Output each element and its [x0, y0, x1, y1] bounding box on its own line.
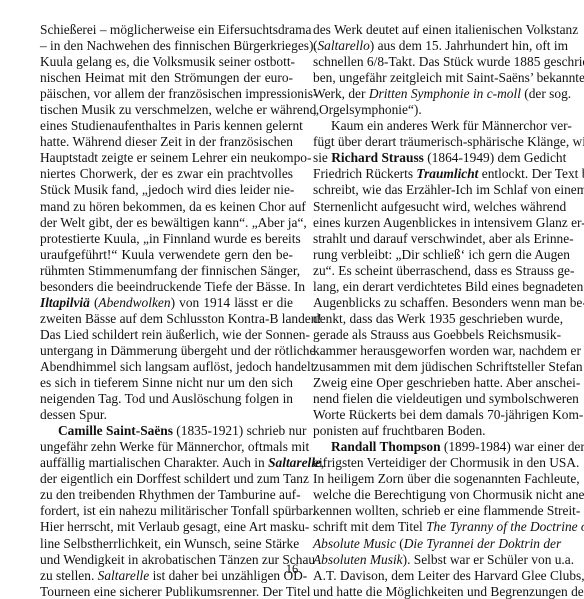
- text-line: Sternenlicht aufgesucht wird, welches wä…: [313, 199, 552, 215]
- text-line: fordert, ist ein nahezu militärischer To…: [40, 503, 293, 519]
- left-column: Schießerei – möglicherweise ein Eifersuc…: [40, 22, 293, 599]
- text-line: welche die Berechtigung von Chormusik ni…: [313, 487, 552, 503]
- composer-name-thompson: Randall Thompson: [331, 439, 441, 454]
- text-line: zu“. Es scheint überraschend, dass es St…: [313, 263, 552, 279]
- text-line: tischen Musik zu verschmelzen, welche er…: [40, 102, 293, 118]
- text-line: gerade als Strauss aus Goebbels Reichsmu…: [313, 327, 552, 343]
- text-line: (Saltarello) aus dem 15. Jahrhundert hin…: [313, 38, 552, 54]
- text-fragment: ) von 1914 lässt er die: [171, 295, 293, 310]
- text-line: rühmten Stimmenumfang der finnischen Sän…: [40, 263, 293, 279]
- text-line: besonders die beeindruckende Tiefe der B…: [40, 279, 293, 295]
- text-fragment: ) aus dem 15. Jahrhundert hin, oft im: [370, 38, 568, 53]
- text-line: line Selbstherrlichkeit, ein Wunsch, sei…: [40, 536, 293, 552]
- text-line: „Orgelsymphonie“).: [313, 102, 552, 118]
- text-fragment: (1835-1921) schrieb nur: [173, 423, 307, 438]
- text-line: zweiten Bässe auf dem Schlusston Kontra-…: [40, 311, 293, 327]
- text-line: – in den Nachwehen des finnischen Bürger…: [40, 38, 293, 54]
- translation-abendwolken: Abendwolken: [98, 295, 170, 310]
- text-line: Hauptstadt zeigte er seinem Lehrer ein n…: [40, 150, 293, 166]
- text-line: und hatte die Möglichkeiten und Begrenzu…: [313, 584, 552, 599]
- page-number: 16: [0, 562, 584, 577]
- text-fragment: sie: [313, 150, 331, 165]
- composer-name-strauss: Richard Strauss: [331, 150, 424, 165]
- text-line: es sich in tieferem Sinne nicht nur um d…: [40, 375, 293, 391]
- text-line: Iltapilviä (Abendwolken) von 1914 lässt …: [40, 295, 293, 311]
- text-fragment: Friedrich Rückerts: [313, 166, 416, 181]
- work-title-tyranny: Absolute Music: [313, 536, 396, 551]
- text-line: Kuula gelang es, die Volksmusik seiner o…: [40, 54, 293, 70]
- text-line: nend fielen die vieldeutigen und symbols…: [313, 391, 552, 407]
- text-fragment: (der sog.: [521, 86, 571, 101]
- document-page: Schießerei – möglicherweise ein Eifersuc…: [0, 0, 584, 599]
- text-line: kammer herausgeworfen worden war, nachde…: [313, 343, 552, 359]
- text-line: untergang in Dämmerung übergeht und der …: [40, 343, 293, 359]
- text-line: sie Richard Strauss (1864-1949) dem Gedi…: [313, 150, 552, 166]
- text-line: denkt, dass das Werk 1935 geschrieben wu…: [313, 311, 552, 327]
- work-title-third-symphony: Dritten Symphonie in c-moll: [369, 86, 521, 101]
- text-line: ben, ungefähr zeitgleich mit Saint-Saëns…: [313, 70, 552, 86]
- text-line: zu den treibenden Rhythmen der Tamburine…: [40, 487, 293, 503]
- text-line: hatte. Während dieser Zeit in der franzö…: [40, 134, 293, 150]
- work-title-traumlicht: Traumlicht: [416, 166, 478, 181]
- text-line: Worte Rückerts bei dem damals 70-jährige…: [313, 407, 552, 423]
- text-fragment: (1899-1984) war einer der: [441, 439, 584, 454]
- text-line: eines Studienaufenthaltes in Paris kenne…: [40, 118, 293, 134]
- text-line: des Werk deutet auf einen italienischen …: [313, 22, 552, 38]
- text-line: Friedrich Rückerts Traumlicht entlockt. …: [313, 166, 552, 182]
- text-fragment: entlockt. Der Text be-: [478, 166, 584, 181]
- text-line: neigenden Tag. Tod und Auslöschung folge…: [40, 391, 293, 407]
- text-fragment: Werk, der: [313, 86, 369, 101]
- text-line: schnellen 6/8-Takt. Das Stück wurde 1885…: [313, 54, 552, 70]
- composer-name-saint-saens: Camille Saint-Saëns: [58, 423, 173, 438]
- text-line: Randall Thompson (1899-1984) war einer d…: [313, 439, 552, 455]
- work-title-saltarello: Saltarello: [317, 38, 369, 53]
- text-line: zusammen mit dem jüdischen Schriftstelle…: [313, 359, 552, 375]
- text-line: fügt über derart träumerisch-sphärische …: [313, 134, 552, 150]
- text-line: Werk, der Dritten Symphonie in c-moll (d…: [313, 86, 552, 102]
- text-line: auffällig martialischen Charakter. Auch …: [40, 455, 293, 471]
- text-line: der eigentlich ein Dorffest schildert un…: [40, 471, 293, 487]
- text-line: lang, ein derart verdichtetes Bild eines…: [313, 279, 552, 295]
- text-line: In heiligem Zorn über die sogenannten Fa…: [313, 471, 552, 487]
- text-line: dessen Spur.: [40, 407, 293, 423]
- text-line: strahlt und darauf verschwindet, aber al…: [313, 231, 552, 247]
- text-line: Tourneen eine sicherer Publikumsrenner. …: [40, 584, 293, 599]
- text-line: schreibt, wie das Erzähler-Ich im Schlaf…: [313, 182, 552, 198]
- text-line: Das Lied schildert rein äußerlich, wie d…: [40, 327, 293, 343]
- work-title-tyranny: The Tyranny of the Doctrine of: [426, 519, 584, 534]
- text-line: Hier herrscht, mit Verlaub gesagt, eine …: [40, 519, 293, 535]
- text-line: Abendhimmel sich langsam auflöst, jedoch…: [40, 359, 293, 375]
- text-line: päischen, vor allem der französischen im…: [40, 86, 293, 102]
- text-line: Augenblicks zu schaffen. Besonders wenn …: [313, 295, 552, 311]
- text-line: Schießerei – möglicherweise ein Eifersuc…: [40, 22, 293, 38]
- text-fragment: (1864-1949) dem Gedicht: [424, 150, 566, 165]
- text-line: mand zu hören bekommen, da es keinen Cho…: [40, 199, 293, 215]
- text-line: Absolute Music (Die Tyrannei der Doktrin…: [313, 536, 552, 552]
- text-line: nischen Heimat mit den Strömungen der eu…: [40, 70, 293, 86]
- text-line: rung verbleibt: „Dir schließ‘ ich gern d…: [313, 247, 552, 263]
- text-line: schrift mit dem Titel The Tyranny of the…: [313, 519, 552, 535]
- text-line: protestierte Kuula, „in Finnland wurde e…: [40, 231, 293, 247]
- text-line: kennen wollten, schrieb er eine flammend…: [313, 503, 552, 519]
- text-line: niertes Chorwerk, der es zwar ein pracht…: [40, 166, 293, 182]
- text-line: eifrigsten Verteidiger der Chormusik in …: [313, 455, 552, 471]
- work-title-iltapilvia: Iltapilviä: [40, 295, 90, 310]
- translation-tyrannei: Die Tyrannei der Doktrin der: [404, 536, 561, 551]
- text-line: ponisten auf fruchtbaren Boden.: [313, 423, 552, 439]
- text-line: eines kurzen Augenblickes in intensivem …: [313, 215, 552, 231]
- text-line: uraufgeführt!“ Kuula verwendete gern den…: [40, 247, 293, 263]
- text-fragment: (: [396, 536, 404, 551]
- text-line: Stück Musik fand, „jedoch wird dies leid…: [40, 182, 293, 198]
- text-line: ungefähr zehn Werke für Männerchor, oftm…: [40, 439, 293, 455]
- text-fragment: auffällig martialischen Charakter. Auch …: [40, 455, 268, 470]
- right-column: des Werk deutet auf einen italienischen …: [313, 22, 552, 599]
- text-line: Camille Saint-Saëns (1835-1921) schrieb …: [40, 423, 293, 439]
- text-line: Kaum ein anderes Werk für Männerchor ver…: [313, 118, 552, 134]
- text-fragment: schrift mit dem Titel: [313, 519, 426, 534]
- text-line: Zweig eine Oper geschrieben hatte. Aber …: [313, 375, 552, 391]
- text-line: der Welt gibt, der es bewältigen kann“. …: [40, 215, 293, 231]
